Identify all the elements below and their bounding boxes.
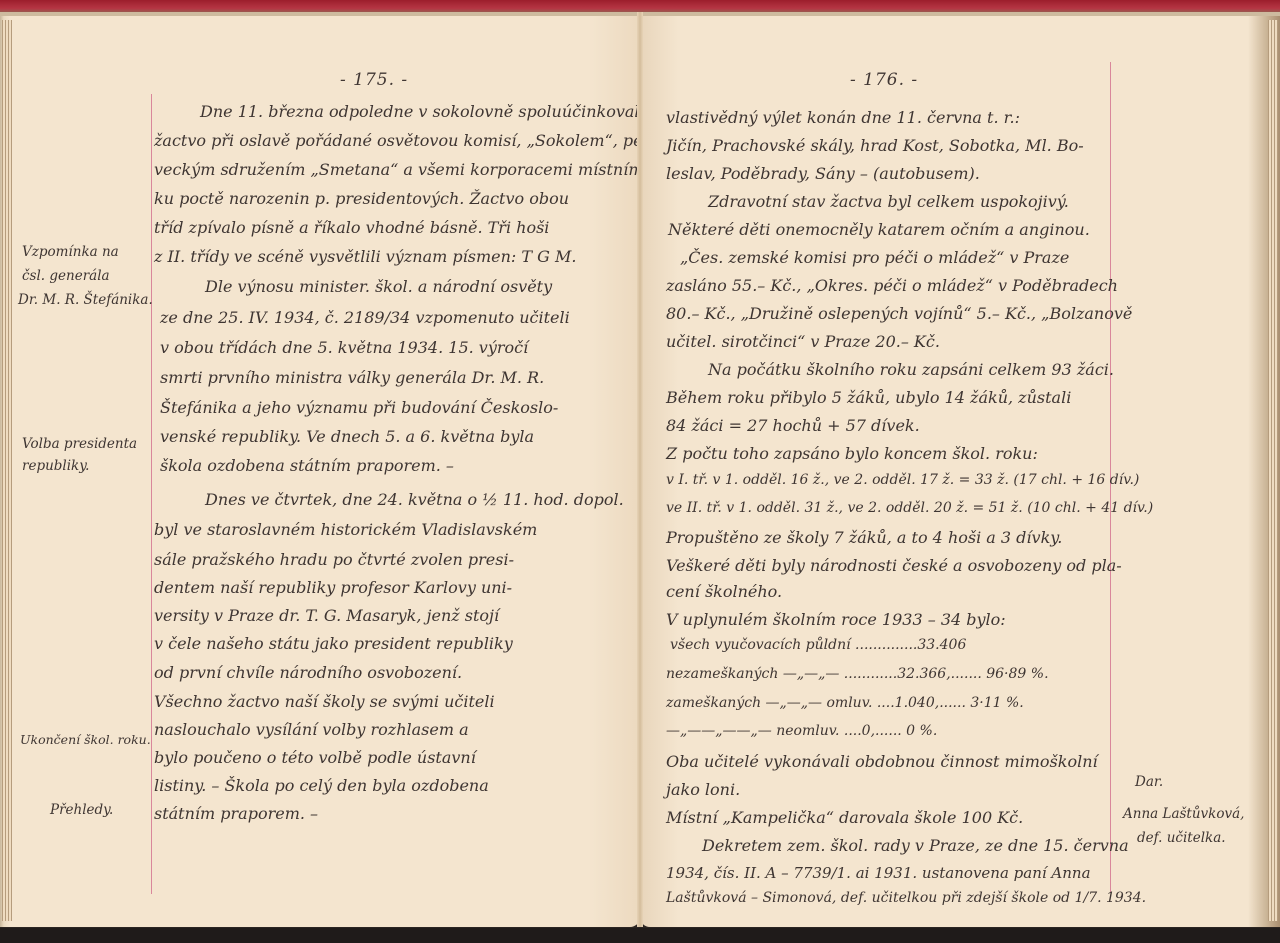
attendance-count: 1.040, — [895, 695, 940, 711]
attendance-count: 0, — [862, 723, 875, 739]
text-line: 1934, čís. II. A – 7739/1. ai 1931. usta… — [666, 864, 1091, 882]
text-line: Štefánika a jeho významu při budování Če… — [160, 398, 558, 417]
attendance-percent: ...... 0 %. — [875, 723, 937, 739]
text-line: zasláno 55.– Kč., „Okres. péči o mládež“… — [666, 276, 1118, 295]
text-line: Místní „Kampelička“ darovala škole 100 K… — [666, 808, 1023, 827]
text-line: Veškeré děti byly národnosti české a osv… — [666, 556, 1122, 575]
text-line: Dnes ve čtvrtek, dne 24. května o ½ 11. … — [205, 490, 624, 509]
right-page: - 176. - Dar. Anna Laštůvková, def. učit… — [640, 12, 1280, 927]
page-number-176: - 176. - — [850, 70, 918, 90]
text-line: v obou třídách dne 5. května 1934. 15. v… — [160, 338, 528, 357]
margin-note-teacher: Anna Laštůvková, — [1123, 806, 1244, 822]
attendance-label: zameškaných — [666, 695, 761, 711]
text-line: z II. třídy ve scéně vysvětlili význam p… — [154, 247, 576, 266]
text-line: Z počtu toho zapsáno bylo koncem škol. r… — [666, 444, 1038, 463]
margin-note-president-election: Volba presidenta — [22, 436, 137, 452]
margin-note-stefanik: Vzpomínka na — [22, 244, 119, 260]
text-line: žactvo při oslavě pořádané osvětovou kom… — [154, 131, 648, 150]
text-line: „Čes. zemské komisi pro péči o mládež“ v… — [680, 248, 1069, 267]
text-line: Dekretem zem. škol. rady v Praze, ze dne… — [702, 836, 1129, 855]
text-line: Během roku přibylo 5 žáků, ubylo 14 žáků… — [666, 388, 1071, 407]
text-line: Oba učitelé vykonávali obdobnou činnost … — [666, 752, 1098, 771]
text-line: smrti prvního ministra války generála Dr… — [160, 368, 544, 387]
attendance-label: nezameškaných — [666, 666, 778, 682]
text-line: v čele našeho státu jako president repub… — [154, 634, 513, 653]
attendance-percent: ....... 96·89 %. — [951, 666, 1049, 682]
page-number-175: - 175. - — [340, 70, 408, 90]
attendance-row: —„——„——„— neomluv. ....0,...... 0 %. — [666, 723, 937, 739]
text-line: naslouchalo vysílání volby rozhlasem a — [154, 720, 469, 739]
text-line: Dne 11. března odpoledne v sokolovně spo… — [200, 102, 649, 121]
text-line: leslav, Poděbrady, Sány – (autobusem). — [666, 164, 980, 183]
text-line: dentem naší republiky profesor Karlovy u… — [154, 578, 512, 597]
text-line: byl ve staroslavném historickém Vladisla… — [154, 520, 537, 539]
margin-note-stefanik: čsl. generála — [22, 268, 110, 284]
book-gutter — [637, 12, 643, 927]
text-line: Zdravotní stav žactva byl celkem uspokoj… — [708, 192, 1069, 211]
attendance-label: všech vyučovacích půldní — [670, 637, 851, 653]
background-shadow — [0, 928, 1280, 943]
text-line: V uplynulém školním roce 1933 – 34 bylo: — [666, 610, 1006, 629]
attendance-row: všech vyučovacích půldní ..............3… — [670, 637, 966, 653]
margin-note-overviews: Přehledy. — [50, 802, 113, 818]
text-line: ku poctě narozenin p. presidentových. Ža… — [154, 189, 569, 208]
text-line: škola ozdobena státním praporem. – — [160, 456, 454, 475]
attendance-count: 33.406 — [917, 637, 966, 653]
text-line: 80.– Kč., „Družině oslepených vojínů“ 5.… — [666, 304, 1132, 323]
text-line: cení školného. — [666, 582, 782, 601]
attendance-count: 32.366, — [897, 666, 950, 682]
margin-note-teacher: def. učitelka. — [1137, 830, 1226, 846]
margin-note-stefanik: Dr. M. R. Štefánika. — [18, 292, 153, 308]
text-line: učitel. sirotčinci“ v Praze 20.– Kč. — [666, 332, 940, 351]
text-line: státním praporem. – — [154, 804, 318, 823]
attendance-percent: ...... 3·11 %. — [939, 695, 1024, 711]
text-line: Všechno žactvo naší školy se svými učite… — [154, 692, 495, 711]
text-line: versity v Praze dr. T. G. Masaryk, jenž … — [154, 606, 499, 625]
text-line: 84 žáci = 27 hochů + 57 dívek. — [666, 416, 920, 435]
attendance-leader: —„—„— ............ — [778, 666, 897, 682]
page-stack-edge-left — [2, 20, 12, 921]
text-line: venské republiky. Ve dnech 5. a 6. květn… — [160, 427, 534, 446]
text-line: Jičín, Prachovské skály, hrad Kost, Sobo… — [666, 136, 1084, 155]
margin-rule-left — [151, 94, 152, 894]
attendance-row: nezameškaných —„—„— ............32.366,.… — [666, 666, 1049, 682]
text-line: Laštůvková – Simonová, def. učitelkou př… — [666, 890, 1146, 906]
text-line: Propuštěno ze školy 7 žáků, a to 4 hoši … — [666, 528, 1062, 547]
text-line: tříd zpívalo písně a říkalo vhodné básně… — [154, 218, 549, 237]
text-line: Na počátku školního roku zapsáni celkem … — [708, 360, 1114, 379]
attendance-leader: .............. — [851, 637, 918, 653]
text-line: Některé děti onemocněly katarem očním a … — [668, 220, 1090, 239]
text-line: sále pražského hradu po čtvrté zvolen pr… — [154, 550, 514, 569]
text-line: veckým sdružením „Smetana“ a všemi korpo… — [154, 160, 654, 179]
text-line: od první chvíle národního osvobození. — [154, 663, 462, 682]
attendance-leader: —„—„— omluv. .... — [761, 695, 895, 711]
open-book: - 175. - Vzpomínka na čsl. generála Dr. … — [0, 12, 1280, 930]
attendance-label: —„——„——„— — [666, 723, 772, 739]
margin-note-gift: Dar. — [1135, 774, 1163, 790]
text-line: Dle výnosu minister. škol. a národní osv… — [205, 277, 552, 296]
attendance-row: zameškaných —„—„— omluv. ....1.040,.....… — [666, 695, 1024, 711]
left-page: - 175. - Vzpomínka na čsl. generála Dr. … — [0, 12, 640, 927]
text-line: vlastivědný výlet konán dne 11. června t… — [666, 108, 1020, 127]
text-line: v I. tř. v 1. odděl. 16 ž., ve 2. odděl.… — [666, 472, 1139, 488]
page-stack-edge-right — [1268, 20, 1278, 921]
text-line: listiny. – Škola po celý den byla ozdobe… — [154, 776, 489, 795]
attendance-leader: neomluv. .... — [772, 723, 862, 739]
text-line: jako loni. — [666, 780, 740, 799]
text-line: ve II. tř. v 1. odděl. 31 ž., ve 2. oddě… — [666, 500, 1153, 516]
margin-note-school-year-end: Ukončení škol. roku. — [20, 732, 151, 747]
text-line: bylo poučeno o této volbě podle ústavní — [154, 748, 476, 767]
margin-note-president-election: republiky. — [22, 458, 89, 474]
text-line: ze dne 25. IV. 1934, č. 2189/34 vzpomenu… — [160, 308, 570, 327]
